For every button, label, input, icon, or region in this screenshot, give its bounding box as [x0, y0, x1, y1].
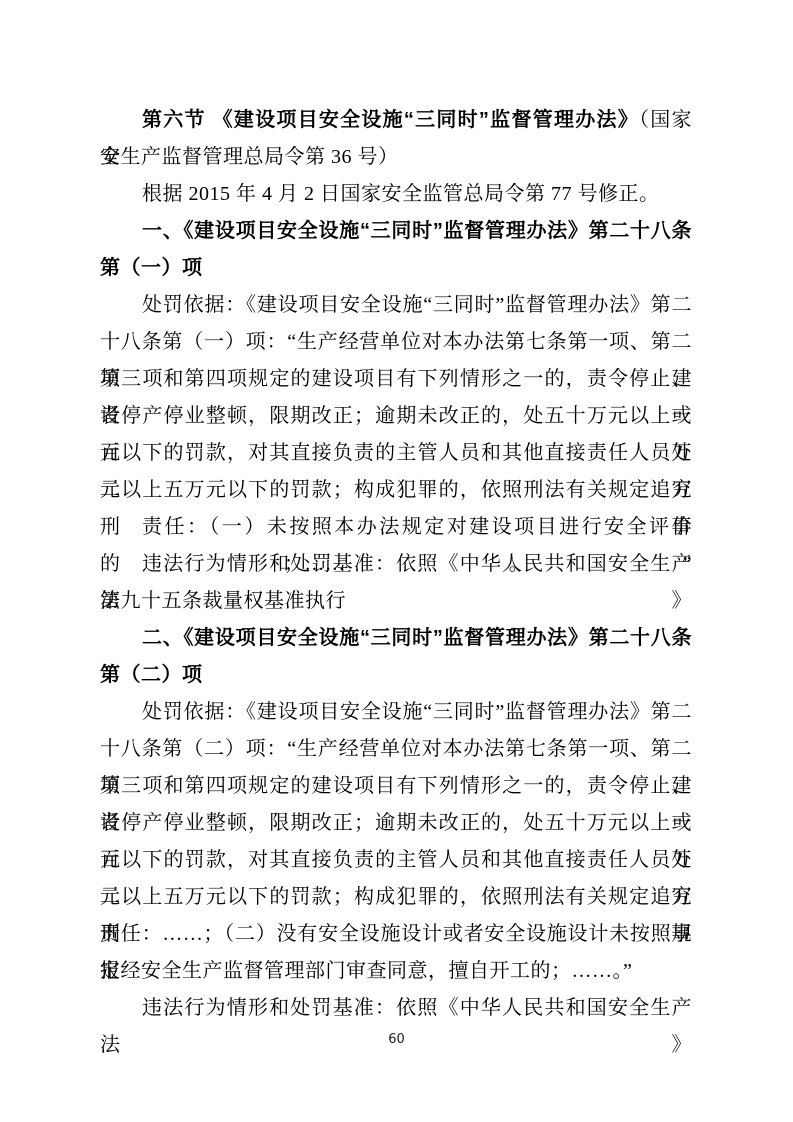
item-2-basis-line-6: 元以上五万元以下的罚款；构成犯罪的，依照刑法有关规定追究刑事 — [100, 879, 692, 916]
section-heading-line-1: 第六节 《建设项目安全设施“三同时”监督管理办法》（国家安 — [100, 102, 692, 139]
item-1-standard-line-1: 违法行为情形和处罚基准：依照《中华人民共和国安全生产法》 — [100, 546, 692, 583]
item-2-heading-line-1: 二、《建设项目安全设施“三同时”监督管理办法》第二十八条 — [100, 620, 692, 657]
page-number: 60 — [388, 1032, 405, 1047]
item-2-basis-line-5: 元以下的罚款，对其直接负责的主管人员和其他直接责任人员处二万 — [100, 842, 692, 879]
item-2-basis-line-2: 十八条第（二）项：“生产经营单位对本办法第七条第一项、第二项、 — [100, 731, 692, 768]
item-1-basis-line-3: 第三项和第四项规定的建设项目有下列情形之一的，责令停止建设或 — [100, 361, 692, 398]
revision-note-line: 根据 2015 年 4 月 2 日国家安全监管总局令第 77 号修正。 — [100, 176, 692, 213]
section-heading-source-end: 全生产监督管理总局令第 36 号） — [100, 139, 692, 176]
item-1-basis-line-4: 者停产停业整顿，限期改正；逾期未改正的，处五十万元以上一百万 — [100, 398, 692, 435]
document-content: 第六节 《建设项目安全设施“三同时”监督管理办法》（国家安 全生产监督管理总局令… — [100, 102, 692, 1027]
item-1-basis-line-7: 责任：（一）未按照本办法规定对建设项目进行安全评价的；……。” — [100, 509, 692, 546]
item-1-heading-line-2: 第（一）项 — [100, 250, 692, 287]
section-heading-title: 第六节 《建设项目安全设施“三同时”监督管理办法》 — [142, 109, 639, 131]
item-1-basis-line-2: 十八条第（一）项：“生产经营单位对本办法第七条第一项、第二项、 — [100, 324, 692, 361]
item-1-basis-line-1: 处罚依据：《建设项目安全设施“三同时”监督管理办法》第二 — [100, 287, 692, 324]
item-2-basis-line-4: 者停产停业整顿，限期改正；逾期未改正的，处五十万元以上一百万 — [100, 805, 692, 842]
item-1-basis-line-5: 元以下的罚款，对其直接负责的主管人员和其他直接责任人员处二万 — [100, 435, 692, 472]
item-2-basis-line-8: 报经安全生产监督管理部门审查同意，擅自开工的；……。” — [100, 953, 692, 990]
document-page: 第六节 《建设项目安全设施“三同时”监督管理办法》（国家安 全生产监督管理总局令… — [0, 0, 793, 1122]
item-1-heading-line-1: 一、《建设项目安全设施“三同时”监督管理办法》第二十八条 — [100, 213, 692, 250]
item-2-standard-line-1: 违法行为情形和处罚基准：依照《中华人民共和国安全生产法》 — [100, 990, 692, 1027]
item-2-heading-line-2: 第（二）项 — [100, 657, 692, 694]
item-2-basis-line-1: 处罚依据：《建设项目安全设施“三同时”监督管理办法》第二 — [100, 694, 692, 731]
item-2-basis-line-3: 第三项和第四项规定的建设项目有下列情形之一的，责令停止建设或 — [100, 768, 692, 805]
item-1-basis-line-6: 元以上五万元以下的罚款；构成犯罪的，依照刑法有关规定追究刑事 — [100, 472, 692, 509]
item-2-basis-line-7: 责任：……；（二）没有安全设施设计或者安全设施设计未按照规定 — [100, 916, 692, 953]
page-footer: 60 — [0, 1032, 793, 1047]
